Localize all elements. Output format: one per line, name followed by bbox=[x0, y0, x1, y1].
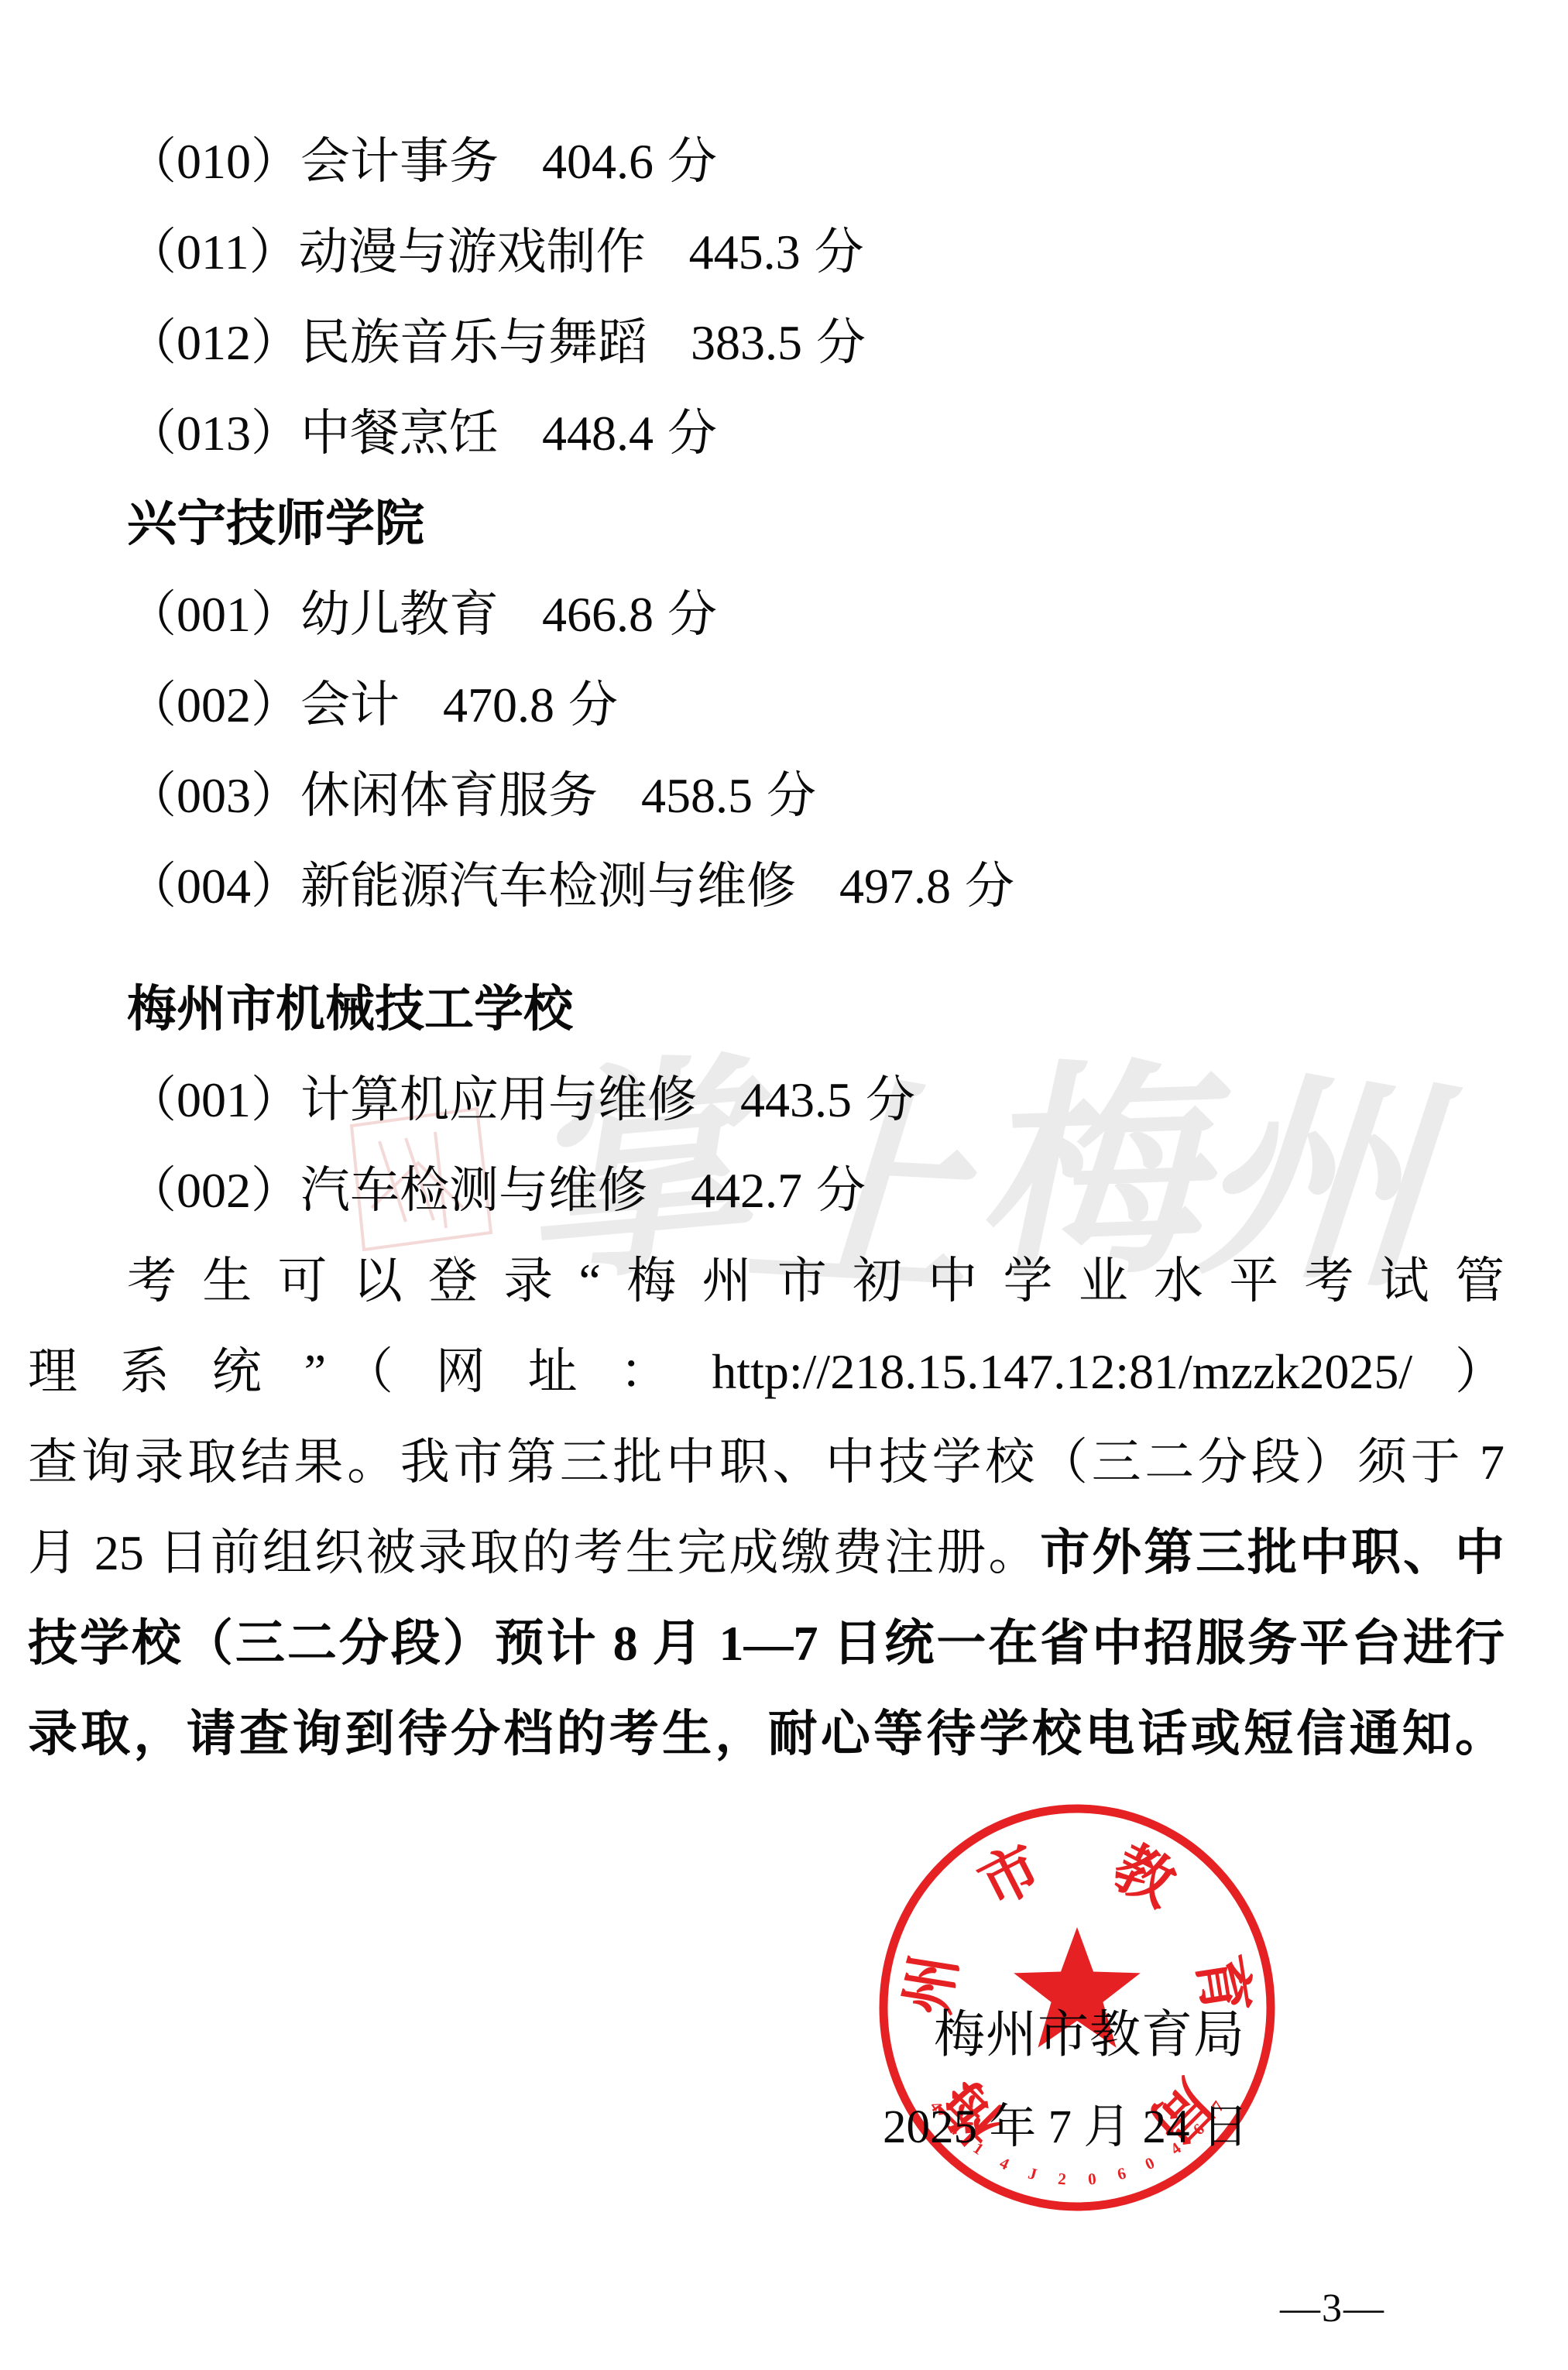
seal-serial-char: 0 bbox=[1087, 2169, 1097, 2189]
page-number: —3— bbox=[1280, 2286, 1385, 2331]
major-code: （001） bbox=[127, 1072, 300, 1127]
score-value: 497.8 bbox=[839, 859, 951, 914]
paragraph-text: 市外第三批中职、中 bbox=[1040, 1525, 1505, 1580]
signature-agency: 梅州市教育局 bbox=[934, 1993, 1245, 2066]
paragraph-text: 技学校（三二分段）预计 8 月 1—7 日统一在省中招服务平台进行 bbox=[28, 1616, 1505, 1671]
paragraph-text: ） bbox=[1412, 1344, 1505, 1399]
paragraph-text: 录取，请查询到待分档的考生，耐心等待学校电话或短信通知。 bbox=[28, 1706, 1505, 1761]
score-unit: 分 bbox=[568, 677, 618, 732]
paragraph-line: 录取，请查询到待分档的考生，耐心等待学校电话或短信通知。 bbox=[28, 1689, 1505, 1779]
paragraph-line: 考生可以登录“梅州市初中学业水平考试管 bbox=[28, 1236, 1505, 1326]
major-code: （002） bbox=[127, 677, 300, 732]
admission-score-item: （010）会计事务404.6分 bbox=[28, 116, 1505, 207]
score-value: 470.8 bbox=[443, 677, 554, 732]
major-code: （001） bbox=[127, 587, 300, 642]
url-text: http://218.15.147.12:81/mzzk2025/ bbox=[712, 1344, 1412, 1399]
admission-score-item: （001）幼儿教育466.8分 bbox=[28, 569, 1505, 660]
admission-score-item: （012）民族音乐与舞蹈383.5分 bbox=[28, 297, 1505, 388]
score-value: 383.5 bbox=[691, 315, 802, 370]
score-value: 448.4 bbox=[542, 406, 654, 461]
seal-serial-char: 0 bbox=[1142, 2153, 1158, 2173]
paragraph-text: 理系统”（网址： bbox=[28, 1344, 712, 1399]
score-value: 445.3 bbox=[689, 225, 801, 280]
school-heading: 兴宁技师学院 bbox=[28, 478, 1505, 569]
paragraph-line: 月 25 日前组织被录取的考生完成缴费注册。市外第三批中职、中 bbox=[28, 1507, 1505, 1598]
school-heading: 梅州市机械技工学校 bbox=[28, 964, 1505, 1055]
score-unit: 分 bbox=[667, 134, 717, 189]
major-name: 幼儿教育 bbox=[300, 587, 499, 642]
document-body: （010）会计事务404.6分（011）动漫与游戏制作445.3分（012）民族… bbox=[0, 0, 1568, 1779]
score-unit: 分 bbox=[866, 1072, 915, 1127]
major-name: 汽车检测与维修 bbox=[300, 1163, 647, 1218]
admission-score-item: （002）汽车检测与维修442.7分 bbox=[28, 1145, 1505, 1236]
seal-serial-char: 6 bbox=[1115, 2163, 1127, 2183]
major-name: 中餐烹饪 bbox=[300, 406, 499, 461]
major-name: 会计事务 bbox=[300, 134, 499, 189]
major-name: 新能源汽车检测与维修 bbox=[300, 859, 796, 914]
major-code: （004） bbox=[127, 859, 300, 914]
major-name: 会计 bbox=[300, 677, 400, 732]
major-name: 民族音乐与舞蹈 bbox=[300, 315, 647, 370]
admission-score-item: （011）动漫与游戏制作445.3分 bbox=[28, 207, 1505, 297]
score-unit: 分 bbox=[667, 587, 717, 642]
major-code: （003） bbox=[127, 768, 300, 823]
admission-score-item: （002）会计470.8分 bbox=[28, 660, 1505, 750]
admission-score-item: （013）中餐烹饪448.4分 bbox=[28, 388, 1505, 478]
admission-score-item: （003）休闲体育服务458.5分 bbox=[28, 750, 1505, 841]
score-list: （010）会计事务404.6分（011）动漫与游戏制作445.3分（012）民族… bbox=[28, 116, 1505, 1236]
notice-paragraph: 考生可以登录“梅州市初中学业水平考试管理系统”（网址：http://218.15… bbox=[28, 1236, 1505, 1779]
score-unit: 分 bbox=[965, 859, 1014, 914]
score-unit: 分 bbox=[816, 315, 866, 370]
score-value: 443.5 bbox=[740, 1072, 852, 1127]
paragraph-text: 考生可以登录“梅州市初中学业水平考试管 bbox=[127, 1254, 1505, 1308]
seal-serial-char: 4 bbox=[997, 2153, 1012, 2173]
major-code: （012） bbox=[127, 315, 300, 370]
score-value: 466.8 bbox=[542, 587, 654, 642]
admission-score-item: （004）新能源汽车检测与维修497.8分 bbox=[28, 841, 1505, 931]
major-code: （013） bbox=[127, 406, 300, 461]
major-code: （011） bbox=[127, 225, 299, 280]
major-name: 计算机应用与维修 bbox=[300, 1072, 697, 1127]
paragraph-line: 理系统”（网址：http://218.15.147.12:81/mzzk2025… bbox=[28, 1326, 1505, 1417]
admission-score-item: （001）计算机应用与维修443.5分 bbox=[28, 1055, 1505, 1145]
seal-arc-char: 市 bbox=[969, 1834, 1052, 1919]
major-name: 动漫与游戏制作 bbox=[299, 225, 646, 280]
seal-arc-char: 教 bbox=[1103, 1834, 1185, 1919]
document-page: 掌上梅州 （010）会计事务404.6分（011）动漫与游戏制作445.3分（0… bbox=[0, 0, 1568, 2370]
paragraph-line: 查询录取结果。我市第三批中职、中技学校（三二分段）须于 7 bbox=[28, 1417, 1505, 1507]
score-unit: 分 bbox=[767, 768, 816, 823]
paragraph-text: 月 25 日前组织被录取的考生完成缴费注册。 bbox=[28, 1525, 1040, 1580]
score-unit: 分 bbox=[667, 406, 717, 461]
major-code: （010） bbox=[127, 134, 300, 189]
score-unit: 分 bbox=[815, 225, 864, 280]
major-name: 休闲体育服务 bbox=[300, 768, 598, 823]
score-unit: 分 bbox=[816, 1163, 866, 1218]
score-value: 404.6 bbox=[542, 134, 654, 189]
seal-serial-char: J bbox=[1026, 2163, 1038, 2183]
paragraph-line: 技学校（三二分段）预计 8 月 1—7 日统一在省中招服务平台进行 bbox=[28, 1598, 1505, 1689]
score-value: 458.5 bbox=[641, 768, 753, 823]
major-code: （002） bbox=[127, 1163, 300, 1218]
signature-date: 2025 年 7 月 24 日 bbox=[883, 2089, 1249, 2156]
seal-serial-char: 2 bbox=[1057, 2169, 1067, 2189]
score-value: 442.7 bbox=[691, 1163, 802, 1218]
paragraph-text: 查询录取结果。我市第三批中职、中技学校（三二分段）须于 7 bbox=[28, 1435, 1505, 1490]
